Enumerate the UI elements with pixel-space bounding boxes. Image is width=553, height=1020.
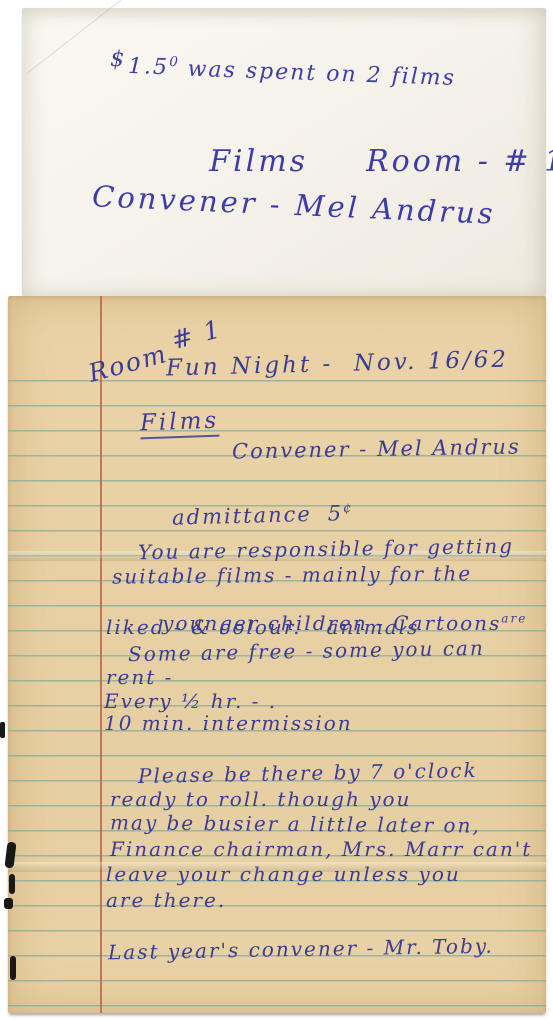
body-line: Every ½ hr. - . <box>104 690 277 712</box>
amount-superscript: 0 <box>169 54 180 70</box>
room-number: # 1 <box>168 314 225 355</box>
closing-line: Please be there by 7 o'clock <box>138 759 478 787</box>
body-line: 10 min. intermission <box>104 712 353 734</box>
scan-edge-mark <box>10 956 16 980</box>
scan-edge-mark <box>9 874 15 894</box>
scan-edge-mark <box>4 898 13 909</box>
admission-label: admittance <box>172 502 312 530</box>
closing-line: are there. <box>106 889 226 911</box>
room-word: Room <box>85 338 170 387</box>
films-heading: Films <box>140 409 220 440</box>
amount-value: 1.5 <box>128 54 170 80</box>
scan-edge-mark <box>0 722 5 738</box>
body-line: rent - <box>106 666 173 688</box>
envelope-room-label: Room - # 1 <box>366 144 553 179</box>
superscript-are: are <box>501 611 527 625</box>
admission-value: 5 <box>327 501 343 525</box>
scanned-documents: $1.50was spent on 2 films FilmsRoom - # … <box>0 0 553 1020</box>
closing-line: may be busier a little later on, <box>110 811 481 836</box>
closing-line: ready to roll. though you <box>110 788 411 810</box>
amount-note-text: was spent on 2 films <box>187 56 456 90</box>
envelope-note: $1.50was spent on 2 films FilmsRoom - # … <box>22 8 546 296</box>
amount-note-line: $1.50was spent on 2 films <box>55 27 457 115</box>
closing-line: leave your change unless you <box>106 863 461 885</box>
body-line: liked - & colour. animals <box>106 616 419 638</box>
dollar-sign: $ <box>110 46 127 72</box>
envelope-films-label: Films <box>209 144 308 179</box>
closing-line: Finance chairman, Mrs. Marr can't <box>110 838 532 860</box>
cent-sign: ¢ <box>343 501 354 516</box>
body-line: suitable films - mainly for the <box>112 562 472 587</box>
ruled-note-page: Room# 1 Fun Night - Nov. 16/62 Films Con… <box>8 296 546 1013</box>
